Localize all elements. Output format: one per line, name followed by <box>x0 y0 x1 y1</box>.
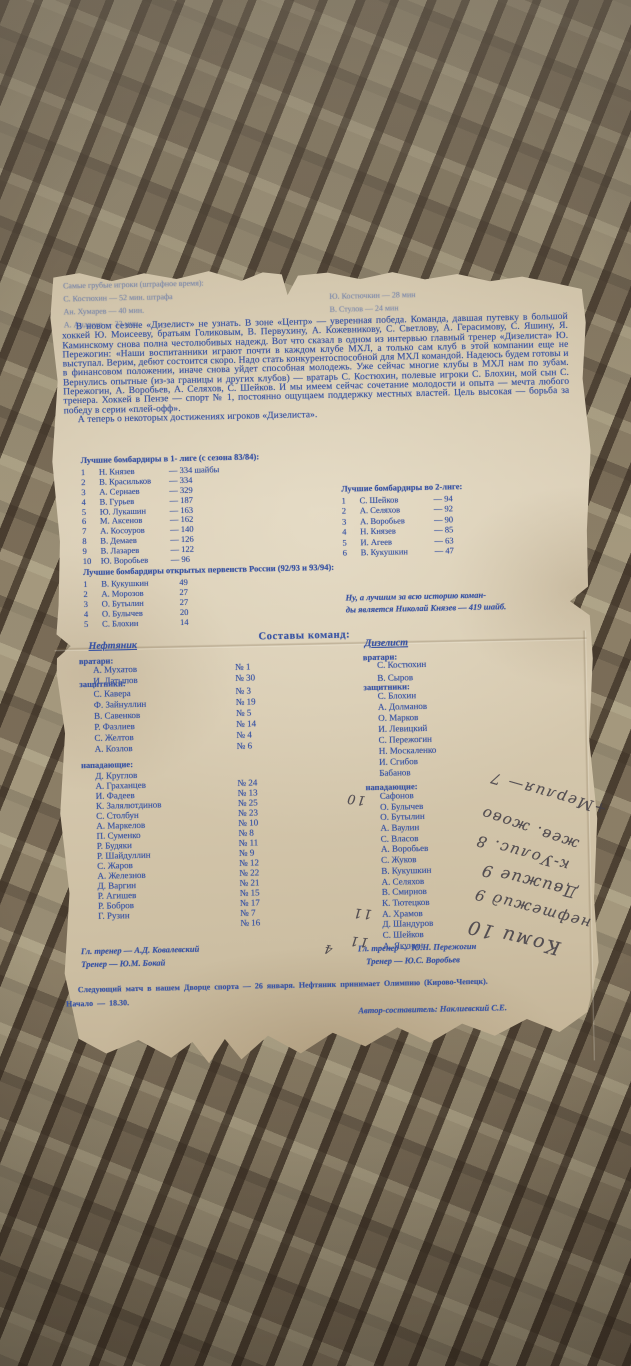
scorer-value: 20 <box>180 607 189 617</box>
best-scorer-note: Ну, а лучшим за всю историю коман- ды яв… <box>346 589 507 615</box>
program-page: Самые грубые игроки (штрафное время): С.… <box>47 258 604 1069</box>
handwritten-number: 10 <box>345 790 366 807</box>
faded-stat-line: В. Стулов — 24 мин <box>329 301 415 316</box>
scorer-rank: 6 <box>82 516 100 526</box>
scorer-rank: 10 <box>83 556 101 566</box>
scorer-value: — 90 <box>434 514 453 525</box>
scorer-rank: 1 <box>81 467 99 477</box>
scorer-rank: 1 <box>83 579 101 589</box>
scorer-value: 14 <box>180 617 189 627</box>
scorer-rank: 5 <box>82 506 100 516</box>
player-number: № 21 <box>239 877 259 887</box>
team-name-neftyanik: Нефтяник <box>88 640 137 652</box>
scorer-rank: 9 <box>82 546 100 556</box>
player-number: № 9 <box>239 848 255 858</box>
assistant-coach: Тренер — Ю.М. Бокай <box>81 956 200 971</box>
handwritten-number: 11 <box>348 932 369 949</box>
scorer-value: — 334 шайбы <box>169 464 220 475</box>
faded-stats-right: Ю. Костючкин — 28 мин В. Стулов — 24 мин <box>329 288 416 316</box>
scorer-rank: 3 <box>84 599 102 609</box>
player-number: № 19 <box>236 696 256 707</box>
player-number: № 5 <box>236 708 252 719</box>
scorer-value: — 187 <box>169 494 193 504</box>
player-number: № 8 <box>238 828 254 838</box>
scorer-value: — 162 <box>170 514 194 524</box>
scorer-rank: 6 <box>343 547 361 558</box>
coaches-dizelist: Гл. тренер — Ю.Н. Пережогин Тренер — Ю.С… <box>358 940 477 968</box>
player-number: № 10 <box>238 817 258 827</box>
scorers-league2: Лучшие бомбардиры во 2-лиге: 1С. Шейков—… <box>341 481 463 558</box>
scorer-rank: 8 <box>82 536 100 546</box>
team-name-dizelist: Дизелист <box>364 637 408 649</box>
player-number: № 15 <box>240 887 260 897</box>
coaches-neftyanik: Гл. тренер — А.Д. Ковалевский Тренер — Ю… <box>81 943 200 971</box>
photo-scene: Самые грубые игроки (штрафное время): С.… <box>0 0 631 1366</box>
scorer-value: — 85 <box>434 524 453 535</box>
scorers-league2-title: Лучшие бомбардиры во 2-лиге: <box>341 481 462 494</box>
scorer-value: — 122 <box>170 544 194 554</box>
forwards-label: нападающие: <box>81 759 133 770</box>
scorer-rank: 4 <box>84 609 102 619</box>
scorer-rank: 4 <box>342 526 360 537</box>
scorer-name: С. Блохин <box>102 617 180 629</box>
scorer-value: — 47 <box>435 545 454 556</box>
scorer-value: — 96 <box>171 554 190 564</box>
player-number: № 7 <box>240 908 256 918</box>
scorer-value: — 92 <box>434 504 453 515</box>
faded-stat-line: Ю. Костючкин — 28 мин <box>329 288 415 303</box>
scorer-rank: 3 <box>342 516 360 527</box>
player-number: № 14 <box>236 718 256 729</box>
scorer-value: — 334 <box>169 475 193 485</box>
player-number: № 17 <box>240 897 260 907</box>
scorer-rank: 4 <box>81 496 99 506</box>
player-number: № 11 <box>239 837 259 847</box>
intro-paragraph: В новом сезоне «Дизелист» не узнать. В з… <box>62 313 570 417</box>
scorer-rank: 2 <box>83 589 101 599</box>
scorer-rank: 5 <box>84 619 102 629</box>
roster-neftyanik: вратари: А. Мухатов№ 1 И. Латыпов№ 30 за… <box>79 651 325 936</box>
scorer-rank: 5 <box>342 537 360 548</box>
scorer-value: 27 <box>179 587 188 597</box>
player-name <box>84 918 240 931</box>
player-number: № 12 <box>239 857 259 867</box>
player-number: № 23 <box>238 807 258 817</box>
intro-section: В новом сезоне «Дизелист» не узнать. В з… <box>62 313 570 426</box>
scorer-value: — 126 <box>170 534 194 544</box>
player-number: № 3 <box>235 686 251 697</box>
player-number: № 22 <box>239 867 259 877</box>
defenders-list: С. Кавера№ 3 Ф. Зайнуллин№ 19 В. Савенко… <box>79 684 316 755</box>
player-name: А. Козлов <box>81 741 237 755</box>
scorer-value: 49 <box>179 577 188 587</box>
scorer-name: Ю. Воробьев <box>101 554 171 565</box>
scorers-league1: Лучшие бомбардиры в 1- лиге (с сезона 83… <box>81 451 262 566</box>
scorer-value: — 63 <box>434 535 453 546</box>
scorer-rank: 2 <box>342 506 360 517</box>
player-number: № 1 <box>235 662 251 673</box>
scorer-value: — 329 <box>169 485 193 495</box>
player-number: № 16 <box>240 917 260 927</box>
start-time-line: Начало — 18.30. <box>66 998 129 1008</box>
head-coach: Гл. тренер — А.Д. Ковалевский <box>81 943 200 958</box>
scorer-rank: 3 <box>81 486 99 496</box>
player-number: № 4 <box>236 730 252 741</box>
scorer-rank: 2 <box>81 477 99 487</box>
scorer-value: 27 <box>180 597 189 607</box>
scorer-value: — 140 <box>170 524 194 534</box>
scorer-name: В. Кукушкин <box>361 546 435 558</box>
defenders-list: С. Блохин А. Долманов О. Марков И. Левиц… <box>364 688 522 779</box>
player-number: № 24 <box>237 777 257 787</box>
scorer-value: — 94 <box>433 493 452 504</box>
forwards-list: Д. Круглов А. Граханцев№ 24 И. Фадеев№ 1… <box>81 766 320 931</box>
player-number: № 13 <box>238 787 258 797</box>
player-number: № 6 <box>237 741 253 752</box>
scorer-value: — 163 <box>170 504 194 514</box>
player-number: № 30 <box>235 672 255 683</box>
handwritten-number: 11 <box>352 904 373 921</box>
player-number: № 25 <box>238 797 258 807</box>
assistant-coach: Тренер — Ю.С. Воробьев <box>358 953 477 968</box>
scorers-russia: Лучшие бомбардиры открытых первенств Рос… <box>83 562 335 629</box>
scorer-rank: 1 <box>341 495 359 506</box>
scorer-rank: 7 <box>82 526 100 536</box>
